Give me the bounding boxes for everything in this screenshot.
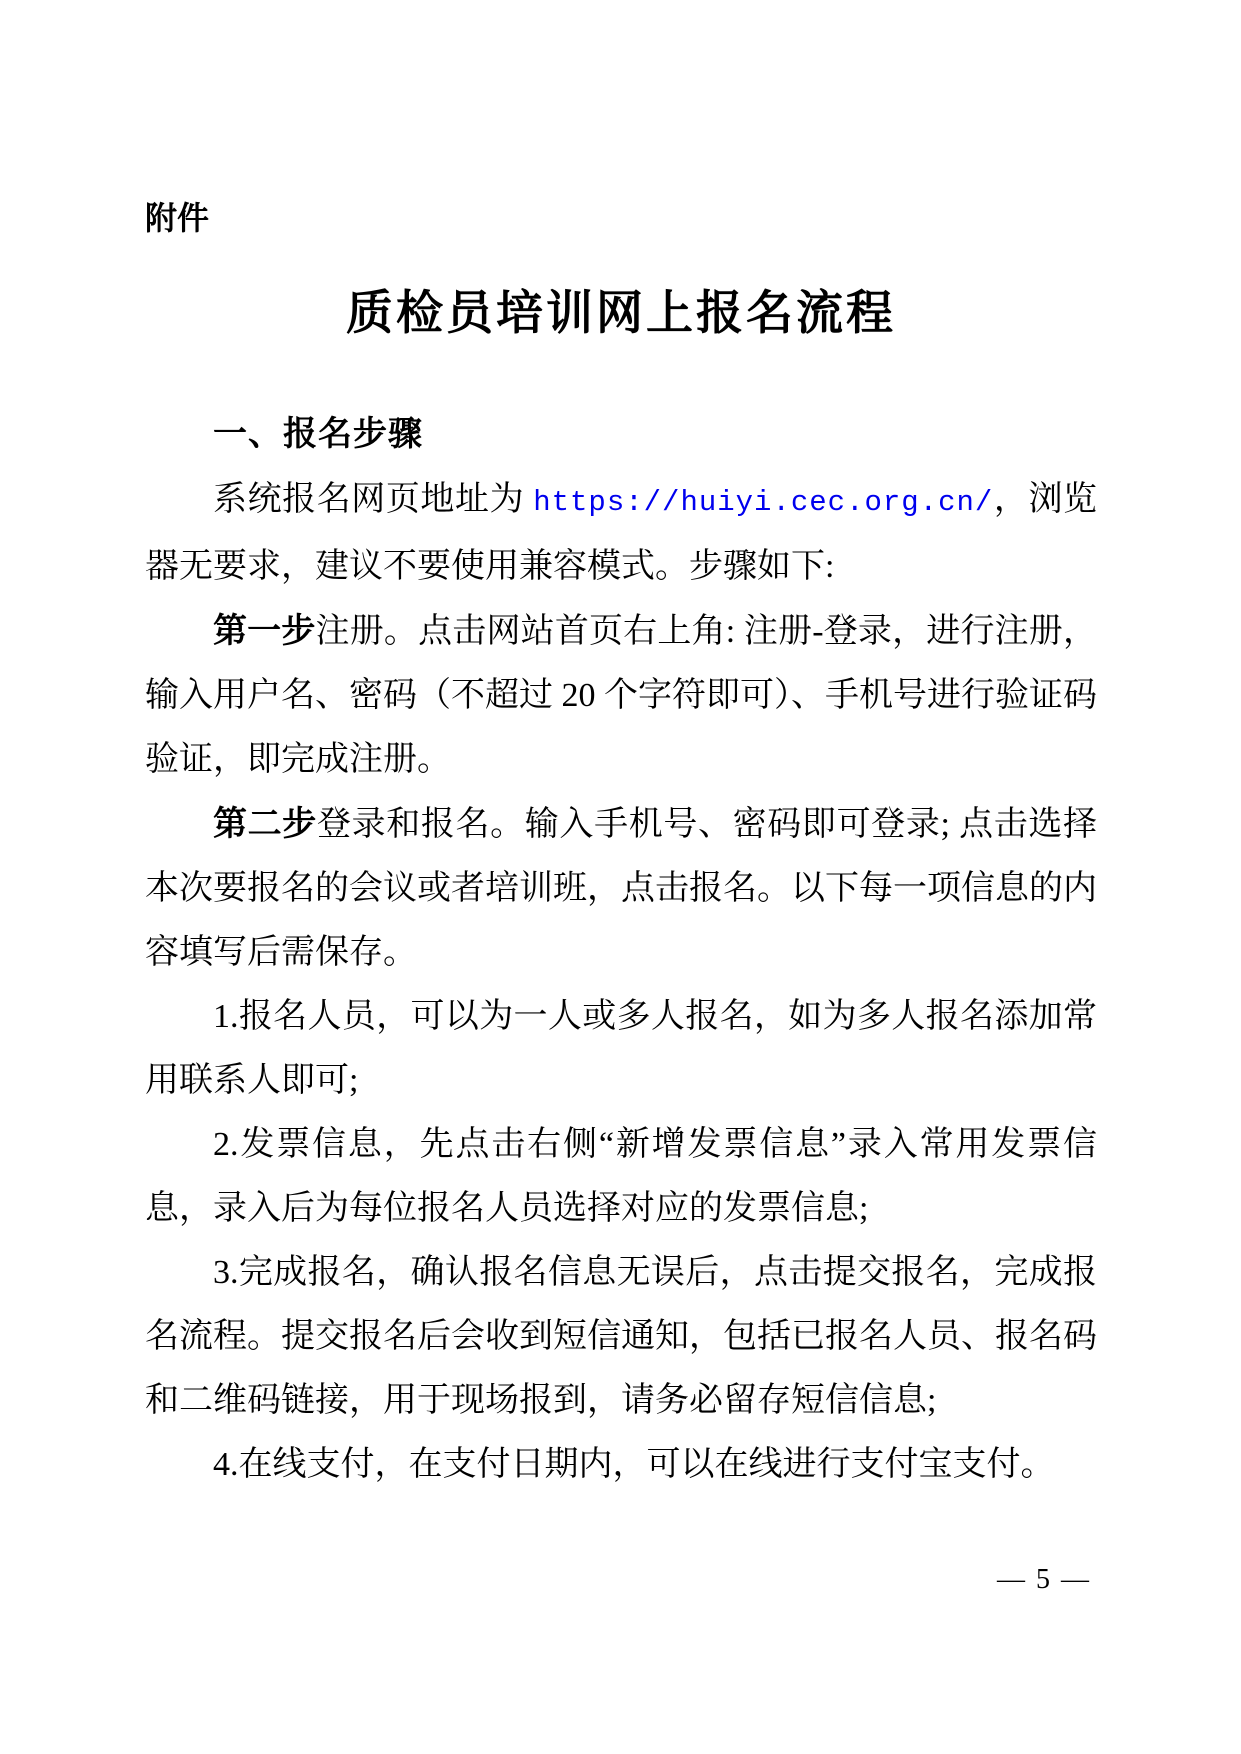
- section-heading: 一、报名步骤: [145, 402, 1097, 466]
- paragraph-text: 系统报名网页地址为: [213, 481, 533, 518]
- registration-url-link[interactable]: https://huiyi.cec.org.cn/: [533, 486, 993, 519]
- paragraph-step2: 第二步登录和报名。输入手机号、密码即可登录; 点击选择本次要报名的会议或者培训班…: [145, 792, 1097, 985]
- paragraph-text: 2.发票信息，先点击右侧“新增发票信息”录入常用发票信息，录入后为每位报名人员选…: [145, 1126, 1097, 1227]
- paragraph-text: 1.报名人员，可以为一人或多人报名，如为多人报名添加常用联系人即可;: [145, 998, 1097, 1099]
- paragraph-text: 3.完成报名，确认报名信息无误后，点击提交报名，完成报名流程。提交报名后会收到短…: [145, 1254, 1097, 1419]
- paragraph-text: 4.在线支付，在支付日期内，可以在线进行支付宝支付。: [213, 1446, 1055, 1483]
- page-number: — 5 —: [997, 1564, 1091, 1596]
- paragraph-item4: 4.在线支付，在支付日期内，可以在线进行支付宝支付。: [145, 1433, 1097, 1497]
- paragraph-item3: 3.完成报名，确认报名信息无误后，点击提交报名，完成报名流程。提交报名后会收到短…: [145, 1241, 1097, 1433]
- step1-label: 第一步: [213, 612, 316, 650]
- document-page: 附件 质检员培训网上报名流程 一、报名步骤 系统报名网页地址为 https://…: [0, 0, 1241, 1754]
- page-title: 质检员培训网上报名流程: [145, 286, 1097, 342]
- step2-label: 第二步: [213, 805, 317, 843]
- paragraph-step1: 第一步注册。点击网站首页右上角: 注册-登录，进行注册，输入用户名、密码（不超过…: [145, 599, 1097, 792]
- attachment-label: 附件: [145, 198, 1097, 238]
- document-body: 系统报名网页地址为 https://huiyi.cec.org.cn/，浏览器无…: [145, 468, 1097, 1497]
- paragraph-item1: 1.报名人员，可以为一人或多人报名，如为多人报名添加常用联系人即可;: [145, 985, 1097, 1113]
- paragraph-intro: 系统报名网页地址为 https://huiyi.cec.org.cn/，浏览器无…: [145, 468, 1097, 599]
- paragraph-item2: 2.发票信息，先点击右侧“新增发票信息”录入常用发票信息，录入后为每位报名人员选…: [145, 1113, 1097, 1241]
